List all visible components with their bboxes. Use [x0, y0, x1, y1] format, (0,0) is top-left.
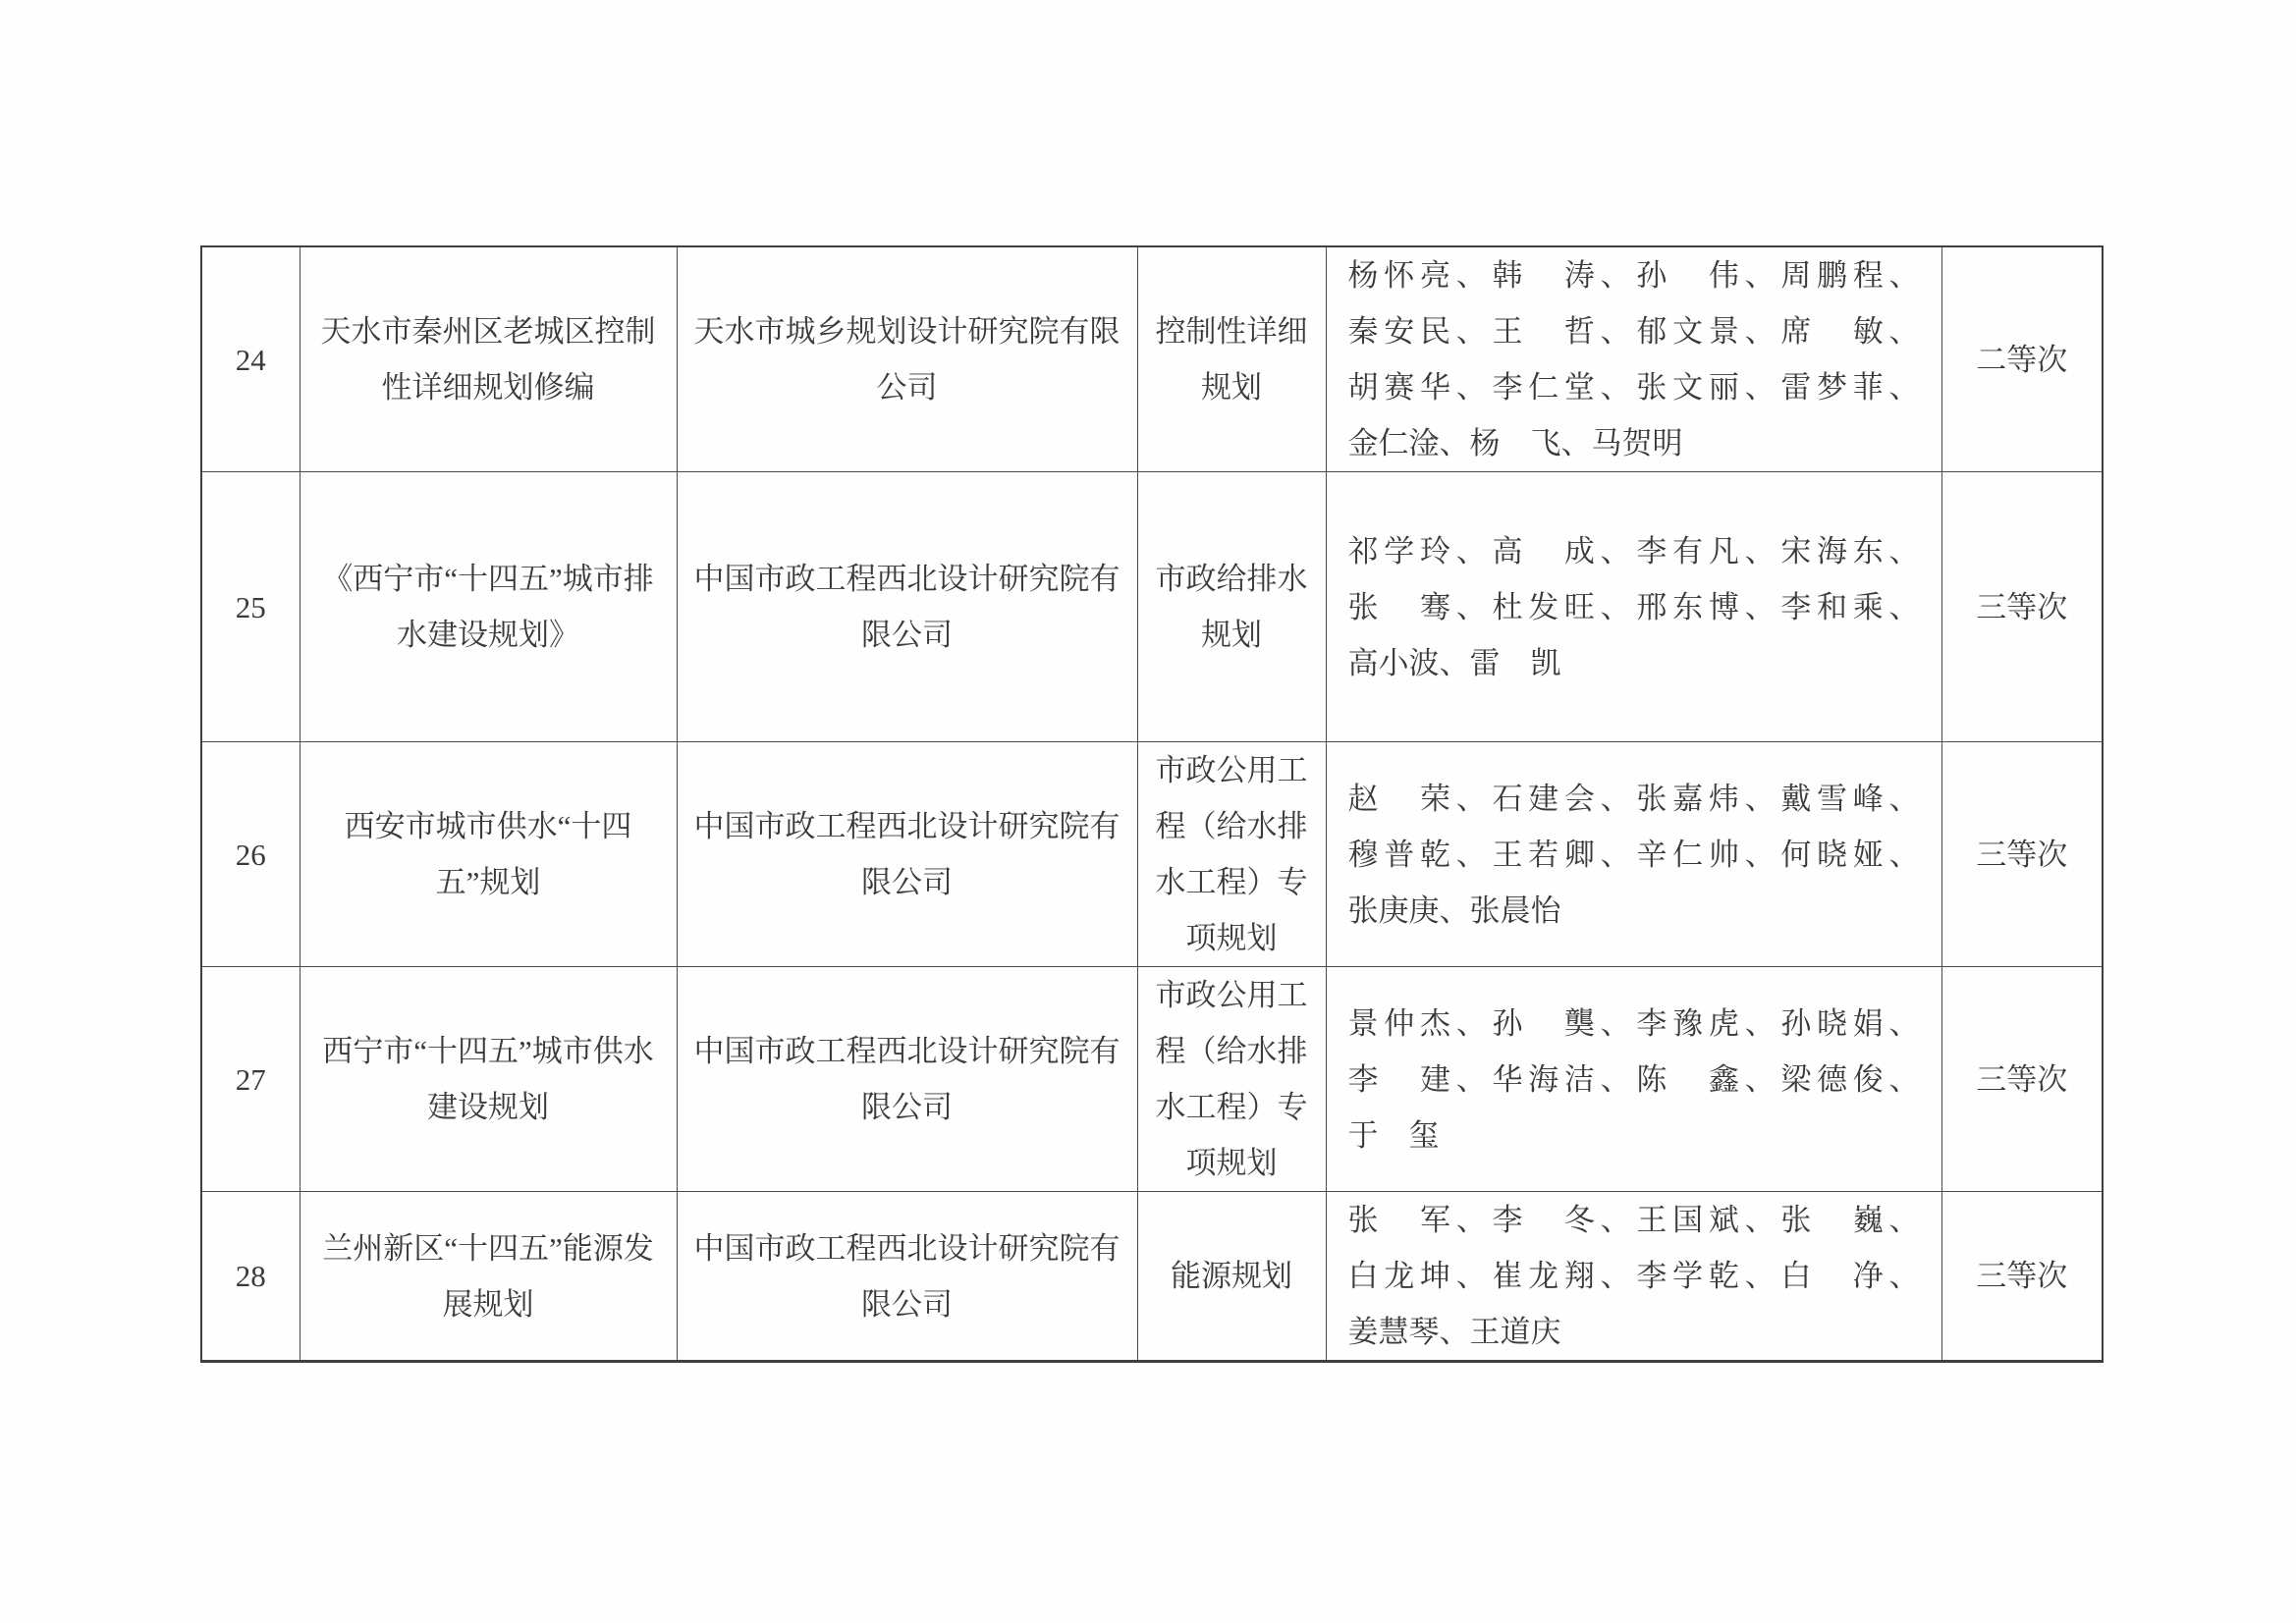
row-number-cell: 24 [201, 246, 300, 472]
award-level-cell: 三等次 [1941, 472, 2103, 742]
person-name: 王若卿、 [1492, 838, 1636, 872]
person-name: 张文丽、 [1636, 370, 1780, 405]
person-name: 张 军、 [1348, 1203, 1493, 1237]
person-name: 高小波、 [1348, 646, 1470, 680]
person-name: 韩 涛、 [1492, 258, 1636, 293]
table-row: 26 西安市城市供水“十四五”规划 中国市政工程西北设计研究院有限公司 市政公用… [201, 742, 2103, 967]
person-name: 张 巍、 [1780, 1203, 1919, 1237]
person-name: 李和乘、 [1780, 590, 1919, 624]
person-name: 于 玺 [1348, 1118, 1440, 1153]
person-name: 李豫虎、 [1636, 1006, 1780, 1041]
person-name: 陈 鑫、 [1636, 1062, 1780, 1097]
table-row: 28 兰州新区“十四五”能源发展规划 中国市政工程西北设计研究院有限公司 能源规… [201, 1192, 2103, 1362]
table-row: 27 西宁市“十四五”城市供水建设规划 中国市政工程西北设计研究院有限公司 市政… [201, 967, 2103, 1192]
project-name-cell: 西安市城市供水“十四五”规划 [300, 742, 677, 967]
plan-type-cell: 控制性详细规划 [1137, 246, 1326, 472]
award-level-cell: 三等次 [1941, 742, 2103, 967]
person-name: 孙 龑、 [1492, 1006, 1636, 1041]
person-name: 郁文景、 [1636, 314, 1780, 349]
participants-cell: 景仲杰、孙 龑、李豫虎、孙晓娟、李 建、华海洁、陈 鑫、梁德俊、于 玺 [1326, 967, 1941, 1192]
person-name: 胡赛华、 [1348, 370, 1493, 405]
awards-table: 24 天水市秦州区老城区控制性详细规划修编 天水市城乡规划设计研究院有限公司 控… [200, 245, 2104, 1363]
person-name: 华海洁、 [1492, 1062, 1636, 1097]
person-name: 宋海东、 [1780, 534, 1919, 568]
organization-cell: 中国市政工程西北设计研究院有限公司 [677, 472, 1137, 742]
plan-type-cell: 市政给排水规划 [1137, 472, 1326, 742]
table-row: 25 《西宁市“十四五”城市排水建设规划》 中国市政工程西北设计研究院有限公司 … [201, 472, 2103, 742]
person-name: 马贺明 [1592, 426, 1683, 460]
person-name: 雷梦菲、 [1780, 370, 1919, 405]
person-name: 李有凡、 [1636, 534, 1780, 568]
person-name: 崔龙翔、 [1492, 1259, 1636, 1293]
row-number-cell: 28 [201, 1192, 300, 1362]
person-name: 石建会、 [1492, 782, 1636, 816]
row-number-cell: 27 [201, 967, 300, 1192]
person-name: 何晓娅、 [1780, 838, 1919, 872]
person-name: 高 成、 [1492, 534, 1636, 568]
person-name: 秦安民、 [1348, 314, 1493, 349]
person-name: 金仁淦、 [1348, 426, 1470, 460]
award-level-cell: 三等次 [1941, 1192, 2103, 1362]
person-name: 邢东博、 [1636, 590, 1780, 624]
award-level-cell: 二等次 [1941, 246, 2103, 472]
participants-cell: 赵 荣、石建会、张嘉炜、戴雪峰、穆普乾、王若卿、辛仁帅、何晓娅、张庚庚、张晨怡 [1326, 742, 1941, 967]
organization-cell: 中国市政工程西北设计研究院有限公司 [677, 742, 1137, 967]
award-level-cell: 三等次 [1941, 967, 2103, 1192]
document-page: 24 天水市秦州区老城区控制性详细规划修编 天水市城乡规划设计研究院有限公司 控… [0, 0, 2296, 1623]
person-name: 梁德俊、 [1780, 1062, 1919, 1097]
person-name: 张 骞、 [1348, 590, 1493, 624]
person-name: 赵 荣、 [1348, 782, 1493, 816]
person-name: 李 建、 [1348, 1062, 1493, 1097]
person-name: 景仲杰、 [1348, 1006, 1493, 1041]
person-name: 祁学玲、 [1348, 534, 1493, 568]
person-name: 杨 飞、 [1470, 426, 1592, 460]
person-name: 席 敏、 [1780, 314, 1919, 349]
plan-type-cell: 能源规划 [1137, 1192, 1326, 1362]
person-name: 孙 伟、 [1636, 258, 1780, 293]
person-name: 周鹏程、 [1780, 258, 1919, 293]
person-name: 张晨怡 [1470, 893, 1561, 928]
row-number-cell: 26 [201, 742, 300, 967]
organization-cell: 天水市城乡规划设计研究院有限公司 [677, 246, 1137, 472]
project-name-cell: 兰州新区“十四五”能源发展规划 [300, 1192, 677, 1362]
person-name: 孙晓娟、 [1780, 1006, 1919, 1041]
person-name: 穆普乾、 [1348, 838, 1493, 872]
person-name: 张庚庚、 [1348, 893, 1470, 928]
project-name-cell: 天水市秦州区老城区控制性详细规划修编 [300, 246, 677, 472]
person-name: 白龙坤、 [1348, 1259, 1493, 1293]
person-name: 李 冬、 [1492, 1203, 1636, 1237]
plan-type-cell: 市政公用工程（给水排水工程）专项规划 [1137, 742, 1326, 967]
person-name: 王国斌、 [1636, 1203, 1780, 1237]
person-name: 辛仁帅、 [1636, 838, 1780, 872]
person-name: 王道庆 [1470, 1315, 1561, 1349]
participants-cell: 杨怀亮、韩 涛、孙 伟、周鹏程、秦安民、王 哲、郁文景、席 敏、胡赛华、李仁堂、… [1326, 246, 1941, 472]
plan-type-cell: 市政公用工程（给水排水工程）专项规划 [1137, 967, 1326, 1192]
project-name-cell: 西宁市“十四五”城市供水建设规划 [300, 967, 677, 1192]
row-number-cell: 25 [201, 472, 300, 742]
person-name: 姜慧琴、 [1348, 1315, 1470, 1349]
person-name: 白 净、 [1780, 1259, 1919, 1293]
person-name: 王 哲、 [1492, 314, 1636, 349]
organization-cell: 中国市政工程西北设计研究院有限公司 [677, 967, 1137, 1192]
organization-cell: 中国市政工程西北设计研究院有限公司 [677, 1192, 1137, 1362]
person-name: 戴雪峰、 [1780, 782, 1919, 816]
participants-cell: 张 军、李 冬、王国斌、张 巍、白龙坤、崔龙翔、李学乾、白 净、姜慧琴、王道庆 [1326, 1192, 1941, 1362]
table-row: 24 天水市秦州区老城区控制性详细规划修编 天水市城乡规划设计研究院有限公司 控… [201, 246, 2103, 472]
project-name-cell: 《西宁市“十四五”城市排水建设规划》 [300, 472, 677, 742]
person-name: 雷 凯 [1470, 646, 1561, 680]
person-name: 李仁堂、 [1492, 370, 1636, 405]
person-name: 李学乾、 [1636, 1259, 1780, 1293]
person-name: 杜发旺、 [1492, 590, 1636, 624]
person-name: 张嘉炜、 [1636, 782, 1780, 816]
person-name: 杨怀亮、 [1348, 258, 1493, 293]
participants-cell: 祁学玲、高 成、李有凡、宋海东、张 骞、杜发旺、邢东博、李和乘、高小波、雷 凯 [1326, 472, 1941, 742]
